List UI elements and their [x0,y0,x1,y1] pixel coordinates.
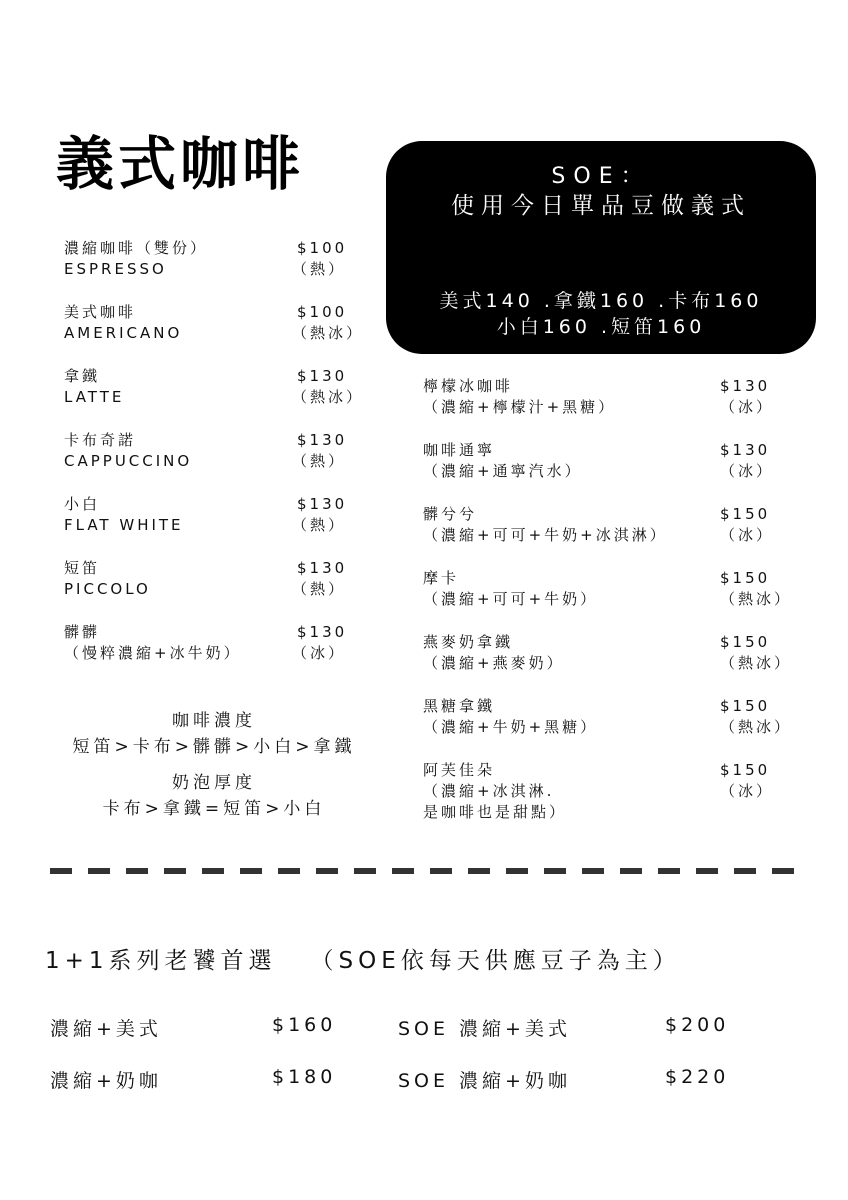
item-subtitle: （濃縮+冰淇淋. [423,781,567,802]
menu-item: 摩卡 （濃縮+可可+牛奶） $150 （熱冰） [423,568,598,610]
combo-section-heading: 1+1系列老饕首選（SOE依每天供應豆子為主） [45,942,681,975]
item-temperature: （熱冰） [720,589,792,610]
menu-item: 燕麥奶拿鐵 （濃縮+燕麥奶） $150 （熱冰） [423,632,565,674]
item-name: 黑糖拿鐵 [423,696,598,717]
item-subtitle: CAPPUCCINO [64,451,192,472]
coffee-strength-order: 短笛>卡布>髒髒>小白>拿鐵 [40,734,388,760]
item-price: $100 [297,238,347,259]
item-name: 燕麥奶拿鐵 [423,632,565,653]
item-price: $150 [720,760,770,781]
item-name: 髒兮兮 [423,504,668,525]
item-subtitle: FLAT WHITE [64,515,184,536]
item-subtitle: （濃縮+牛奶+黑糖） [423,717,598,738]
combo-item-price: $160 [272,1014,336,1036]
combo-note: （SOE依每天供應豆子為主） [311,948,681,974]
combo-item-name: 濃縮+奶咖 [50,1066,162,1093]
item-temperature: （熱） [292,259,346,280]
combo-title: 1+1系列老饕首選 [45,948,277,974]
item-temperature: （冰） [720,525,774,546]
coffee-strength-title: 咖啡濃度 [44,708,384,734]
item-temperature: （冰） [720,461,774,482]
item-price: $150 [720,568,770,589]
item-price: $130 [297,430,347,451]
item-price: $130 [297,494,347,515]
page-title: 義式咖啡 [56,128,304,200]
item-name: 檸檬冰咖啡 [423,376,616,397]
item-price: $130 [720,440,770,461]
item-subtitle: AMERICANO [64,323,182,344]
soe-description: 使用今日單品豆做義式 [386,187,816,220]
soe-info-box: SOE： 使用今日單品豆做義式 美式140 .拿鐵160 .卡布160 小白16… [386,141,816,354]
soe-prices-line-1: 美式140 .拿鐵160 .卡布160 [386,286,816,313]
menu-item: 檸檬冰咖啡 （濃縮+檸檬汁+黑糖） $130 （冰） [423,376,616,418]
item-temperature: （冰） [720,781,774,802]
item-subtitle: （濃縮+可可+牛奶+冰淇淋） [423,525,668,546]
item-price: $150 [720,696,770,717]
soe-prices-line-2: 小白160 .短笛160 [386,312,816,339]
soe-heading: SOE： [386,159,816,190]
menu-item: 髒兮兮 （濃縮+可可+牛奶+冰淇淋） $150 （冰） [423,504,668,546]
item-temperature: （熱冰） [292,387,364,408]
combo-item-name: SOE 濃縮+美式 [398,1014,571,1041]
item-temperature: （熱） [292,579,346,600]
item-subtitle: （慢粹濃縮+冰牛奶） [64,643,242,664]
menu-item: 髒髒 （慢粹濃縮+冰牛奶） $130 （冰） [64,622,242,664]
menu-item: 短笛 PICCOLO $130 （熱） [64,558,151,600]
menu-item: 小白 FLAT WHITE $130 （熱） [64,494,184,536]
item-name: 咖啡通寧 [423,440,583,461]
item-subtitle: （濃縮+可可+牛奶） [423,589,598,610]
item-name: 美式咖啡 [64,302,182,323]
menu-item: 美式咖啡 AMERICANO $100 （熱冰） [64,302,182,344]
item-temperature: （熱冰） [292,323,364,344]
combo-item-name: SOE 濃縮+奶咖 [398,1066,571,1093]
item-temperature: （冰） [292,643,346,664]
item-name: 阿芙佳朵 [423,760,567,781]
item-price: $130 [297,558,347,579]
item-temperature: （熱） [292,515,346,536]
foam-thickness-title: 奶泡厚度 [44,770,384,796]
menu-item: 咖啡通寧 （濃縮+通寧汽水） $130 （冰） [423,440,583,482]
item-subtitle: ESPRESSO [64,259,208,280]
combo-item-price: $220 [665,1066,729,1088]
item-temperature: （熱） [292,451,346,472]
item-name: 摩卡 [423,568,598,589]
combo-item-price: $200 [665,1014,729,1036]
item-temperature: （冰） [720,397,774,418]
menu-item: 卡布奇諾 CAPPUCCINO $130 （熱） [64,430,192,472]
menu-item: 濃縮咖啡（雙份） ESPRESSO $100 （熱） [64,238,208,280]
dashed-divider [50,868,794,874]
item-subtitle: （濃縮+檸檬汁+黑糖） [423,397,616,418]
item-name: 拿鐵 [64,366,124,387]
menu-item: 拿鐵 LATTE $130 （熱冰） [64,366,124,408]
item-subtitle: （濃縮+通寧汽水） [423,461,583,482]
item-subtitle: （濃縮+燕麥奶） [423,653,565,674]
item-subtitle-line-2: 是咖啡也是甜點） [423,802,567,823]
item-name: 短笛 [64,558,151,579]
item-price: $100 [297,302,347,323]
item-name: 卡布奇諾 [64,430,192,451]
item-temperature: （熱冰） [720,717,792,738]
item-name: 髒髒 [64,622,242,643]
item-price: $150 [720,504,770,525]
item-price: $130 [720,376,770,397]
item-subtitle: LATTE [64,387,124,408]
item-subtitle: PICCOLO [64,579,151,600]
item-price: $150 [720,632,770,653]
item-name: 小白 [64,494,184,515]
item-price: $130 [297,622,347,643]
foam-thickness-order: 卡布>拿鐵=短笛>小白 [44,796,384,822]
menu-item: 黑糖拿鐵 （濃縮+牛奶+黑糖） $150 （熱冰） [423,696,598,738]
menu-item: 阿芙佳朵 （濃縮+冰淇淋. 是咖啡也是甜點） $150 （冰） [423,760,567,823]
item-name: 濃縮咖啡（雙份） [64,238,208,259]
combo-item-name: 濃縮+美式 [50,1014,162,1041]
combo-item-price: $180 [272,1066,336,1088]
item-temperature: （熱冰） [720,653,792,674]
item-price: $130 [297,366,347,387]
